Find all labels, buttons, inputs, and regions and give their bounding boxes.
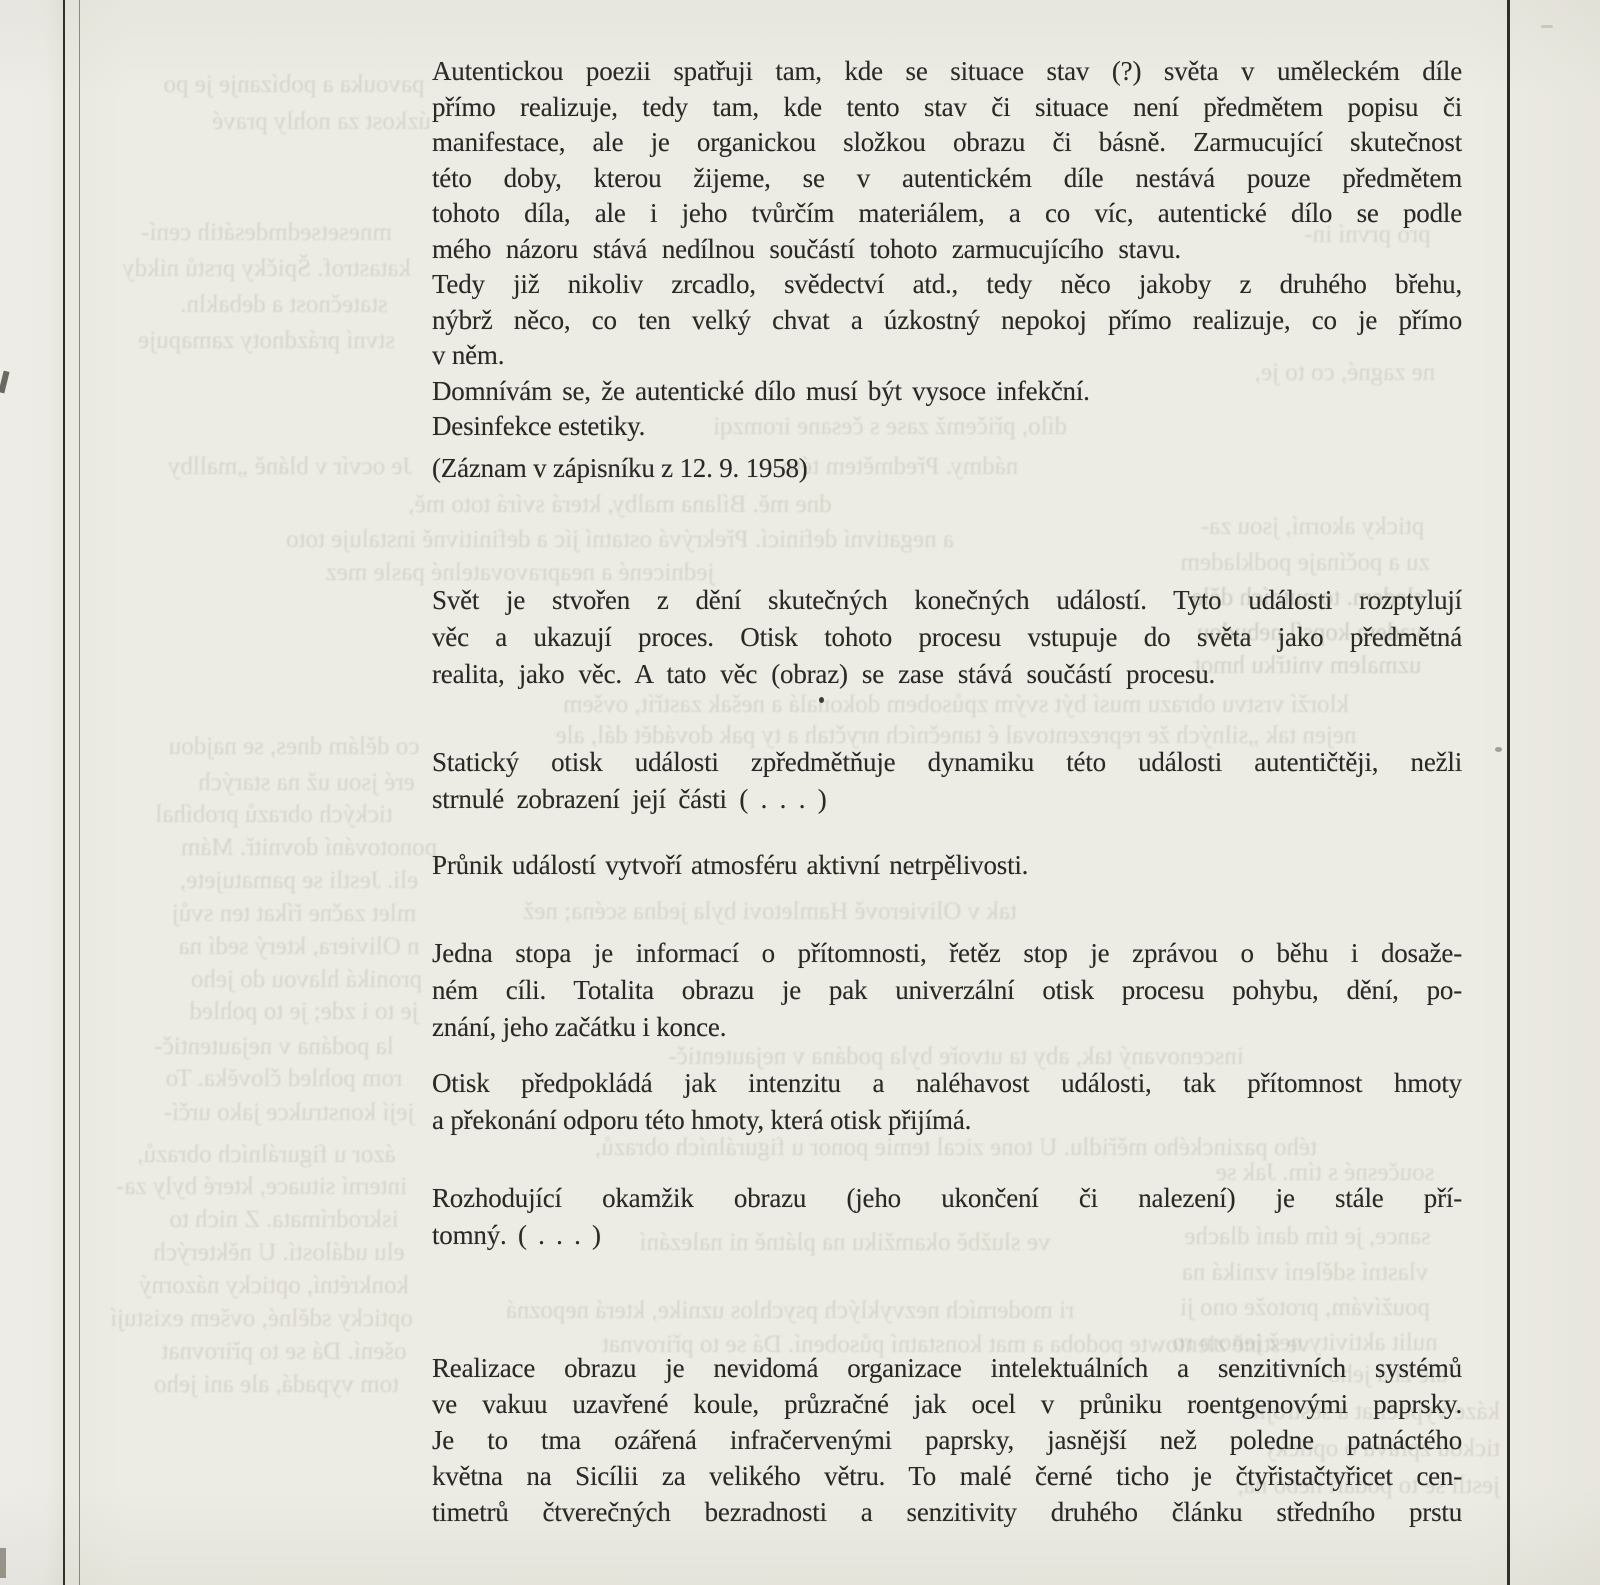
text-line: v něm.	[432, 338, 1462, 374]
scan-speck-top-right	[1541, 25, 1553, 28]
text-line: přímo realizuje, tedy tam, kde tento sta…	[432, 90, 1462, 126]
text-line: Rozhodující okamžik obrazu (jeho ukončen…	[432, 1180, 1462, 1217]
paragraph-8: Realizace obrazu je nevidomá organizace …	[432, 1350, 1462, 1530]
paragraph-7: Rozhodující okamžik obrazu (jeho ukončen…	[432, 1180, 1462, 1254]
text-line: Je to tma ozářená infračervenými paprsky…	[432, 1422, 1462, 1458]
text-line: strnulé zobrazení její části ( . . . )	[432, 781, 1462, 818]
text-line: tohoto díla, ale i jeho tvůrčím materiál…	[432, 196, 1462, 232]
text-line: (Záznam v zápisníku z 12. 9. 1958)	[432, 450, 1462, 487]
text-line: Realizace obrazu je nevidomá organizace …	[432, 1350, 1462, 1386]
text-line: Domnívám se, že autentické dílo musí být…	[432, 374, 1462, 410]
text-line: Jedna stopa je informací o přítomnosti, …	[432, 935, 1462, 972]
text-line: Tedy již nikoliv zrcadlo, svědectví atd.…	[432, 267, 1462, 303]
paragraph-3: Statický otisk události zpředmětňuje dyn…	[432, 744, 1462, 818]
text-line: Autentickou poezii spatřuji tam, kde se …	[432, 54, 1462, 90]
paragraph-4: Průnik událostí vytvoří atmosféru aktivn…	[432, 847, 1462, 884]
text-line: Statický otisk události zpředmětňuje dyn…	[432, 744, 1462, 781]
text-line: a překonání odporu této hmoty, která oti…	[432, 1102, 1462, 1139]
binding-rule-left	[63, 0, 65, 1585]
text-line: ve vakuu uzavřené koule, průzračné jak o…	[432, 1386, 1462, 1422]
text-line: Otisk předpokládá jak intenzitu a naléha…	[432, 1065, 1462, 1102]
printed-text-layer: Autentickou poezii spatřuji tam, kde se …	[0, 0, 1600, 1585]
text-line: znání, jeho začátku i konce.	[432, 1009, 1462, 1046]
paragraph-5: Jedna stopa je informací o přítomnosti, …	[432, 935, 1462, 1046]
paragraph-1: Autentickou poezii spatřuji tam, kde se …	[432, 54, 1462, 445]
text-line: Průnik událostí vytvoří atmosféru aktivn…	[432, 847, 1462, 884]
paragraph-2: Svět je stvořen z dění skutečných konečn…	[432, 582, 1462, 693]
text-line: tomný. ( . . . )	[432, 1217, 1462, 1254]
text-line: realita, jako věc. A tato věc (obraz) se…	[432, 656, 1462, 693]
text-line: mého názoru stává nedílnou součástí toho…	[432, 232, 1462, 268]
text-line: věc a ukazují proces. Otisk tohoto proce…	[432, 619, 1462, 656]
text-line: manifestace, ale je organickou složkou o…	[432, 125, 1462, 161]
text-line: ném cíli. Totalita obrazu je pak univerz…	[432, 972, 1462, 1009]
scan-speck-right	[1495, 747, 1502, 752]
text-line: této doby, kterou žijeme, se v autentick…	[432, 161, 1462, 197]
book-page-scan: pavouka a pobízanje je poúzkost za nohly…	[0, 0, 1600, 1585]
text-line: Desinfekce estetiky.	[432, 409, 1462, 445]
notebook-caption: (Záznam v zápisníku z 12. 9. 1958)	[432, 450, 1462, 487]
scan-mark-bottom-left	[0, 1548, 6, 1578]
text-line: května na Sicílii za velikého větru. To …	[432, 1458, 1462, 1494]
text-line: nýbrž něco, co ten velký chvat a úzkostn…	[432, 303, 1462, 339]
text-line: timetrů čtverečných bezradnosti a senzit…	[432, 1494, 1462, 1530]
scan-speck-center	[819, 697, 824, 703]
binding-rule-left-inner	[79, 0, 80, 1585]
page-rule-right	[1507, 0, 1510, 1585]
text-line: Svět je stvořen z dění skutečných konečn…	[432, 582, 1462, 619]
paragraph-6: Otisk předpokládá jak intenzitu a naléha…	[432, 1065, 1462, 1139]
